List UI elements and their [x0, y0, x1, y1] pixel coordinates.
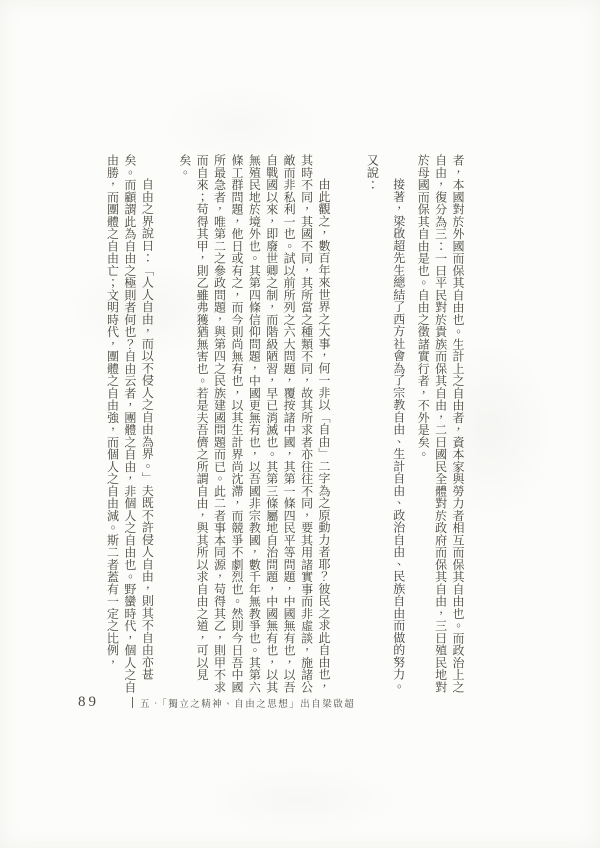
book-page: 者，本國對於外國而保其自由也。生計上之自由者，資本家與勞力者相互而保其自由也。而… — [0, 0, 600, 848]
narrative-paragraph: 接著，梁啟超先生總結了西方社會為了宗教自由、生計自由、政治自由、民族自由而做的努… — [389, 154, 406, 695]
page-footer: 89 五‧「獨立之精神、自由之思想」出自梁啟超 — [78, 694, 560, 711]
chapter-footnote-text: 五‧「獨立之精神、自由之思想」出自梁啟超 — [140, 696, 355, 710]
page-number: 89 — [78, 694, 99, 711]
quote-lead-in: 又說： — [363, 154, 380, 695]
chapter-footnote: 五‧「獨立之精神、自由之思想」出自梁啟超 — [132, 696, 355, 710]
quote-block-liberty-survey: 由此觀之，數百年來世界之大事，何一非以「自由」二字為之原動力者耶？彼民之求此自由… — [175, 154, 332, 695]
quote-block-liberty-definition: 自由之界說曰：「人人自由，而以不侵人之自由為界。」夫既不許侵人自由，則其不自由亦… — [103, 154, 155, 695]
footnote-divider-bar — [132, 697, 133, 708]
main-text-area: 者，本國對於外國而保其自由也。生計上之自由者，資本家與勞力者相互而保其自由也。而… — [98, 154, 466, 695]
quote-continuation-paragraph: 者，本國對於外國而保其自由也。生計上之自由者，資本家與勞力者相互而保其自由也。而… — [414, 154, 466, 695]
